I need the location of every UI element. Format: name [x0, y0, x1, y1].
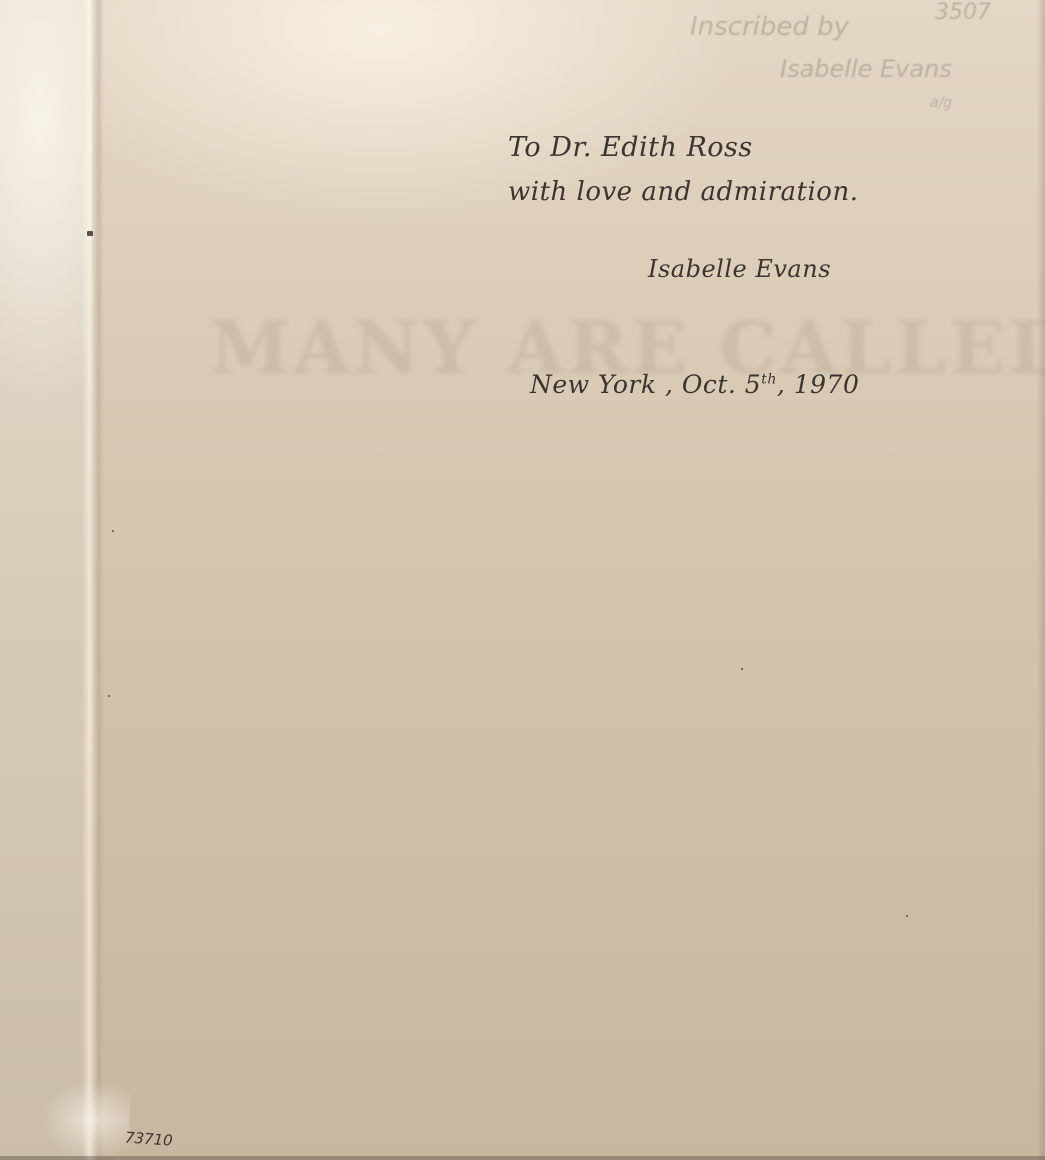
inscription-recipient: To Dr. Edith Ross [508, 132, 753, 163]
page-bottom-edge [0, 1156, 1045, 1160]
corner-crease [40, 1080, 130, 1160]
facing-page [0, 0, 92, 1160]
page-edge-shadow [1037, 0, 1045, 1160]
paper-speck [906, 915, 908, 917]
paper-speck [112, 530, 114, 532]
date-suffix: th [761, 372, 777, 388]
gutter-mark [87, 231, 93, 236]
accession-number: 73710 [124, 1128, 173, 1149]
inscription-sentiment: with love and admiration. [508, 177, 858, 207]
pencil-note-number: 3507 [935, 0, 991, 25]
book-endpaper-photo: MANY ARE CALLED Inscribed by Isabelle Ev… [0, 0, 1045, 1160]
endpaper-page [100, 0, 1045, 1160]
date-year: , 1970 [777, 370, 860, 399]
inscription-place-date: New York , Oct. 5th, 1970 [530, 370, 859, 399]
inscription-signature: Isabelle Evans [648, 255, 831, 283]
place-date-text: New York , Oct. 5 [530, 370, 761, 399]
paper-speck [741, 668, 743, 670]
pencil-note-inscribed-by: Inscribed by [690, 12, 849, 42]
pencil-note-author: Isabelle Evans [780, 55, 952, 83]
pencil-note-code: a/g [930, 95, 952, 111]
paper-speck [108, 695, 110, 697]
